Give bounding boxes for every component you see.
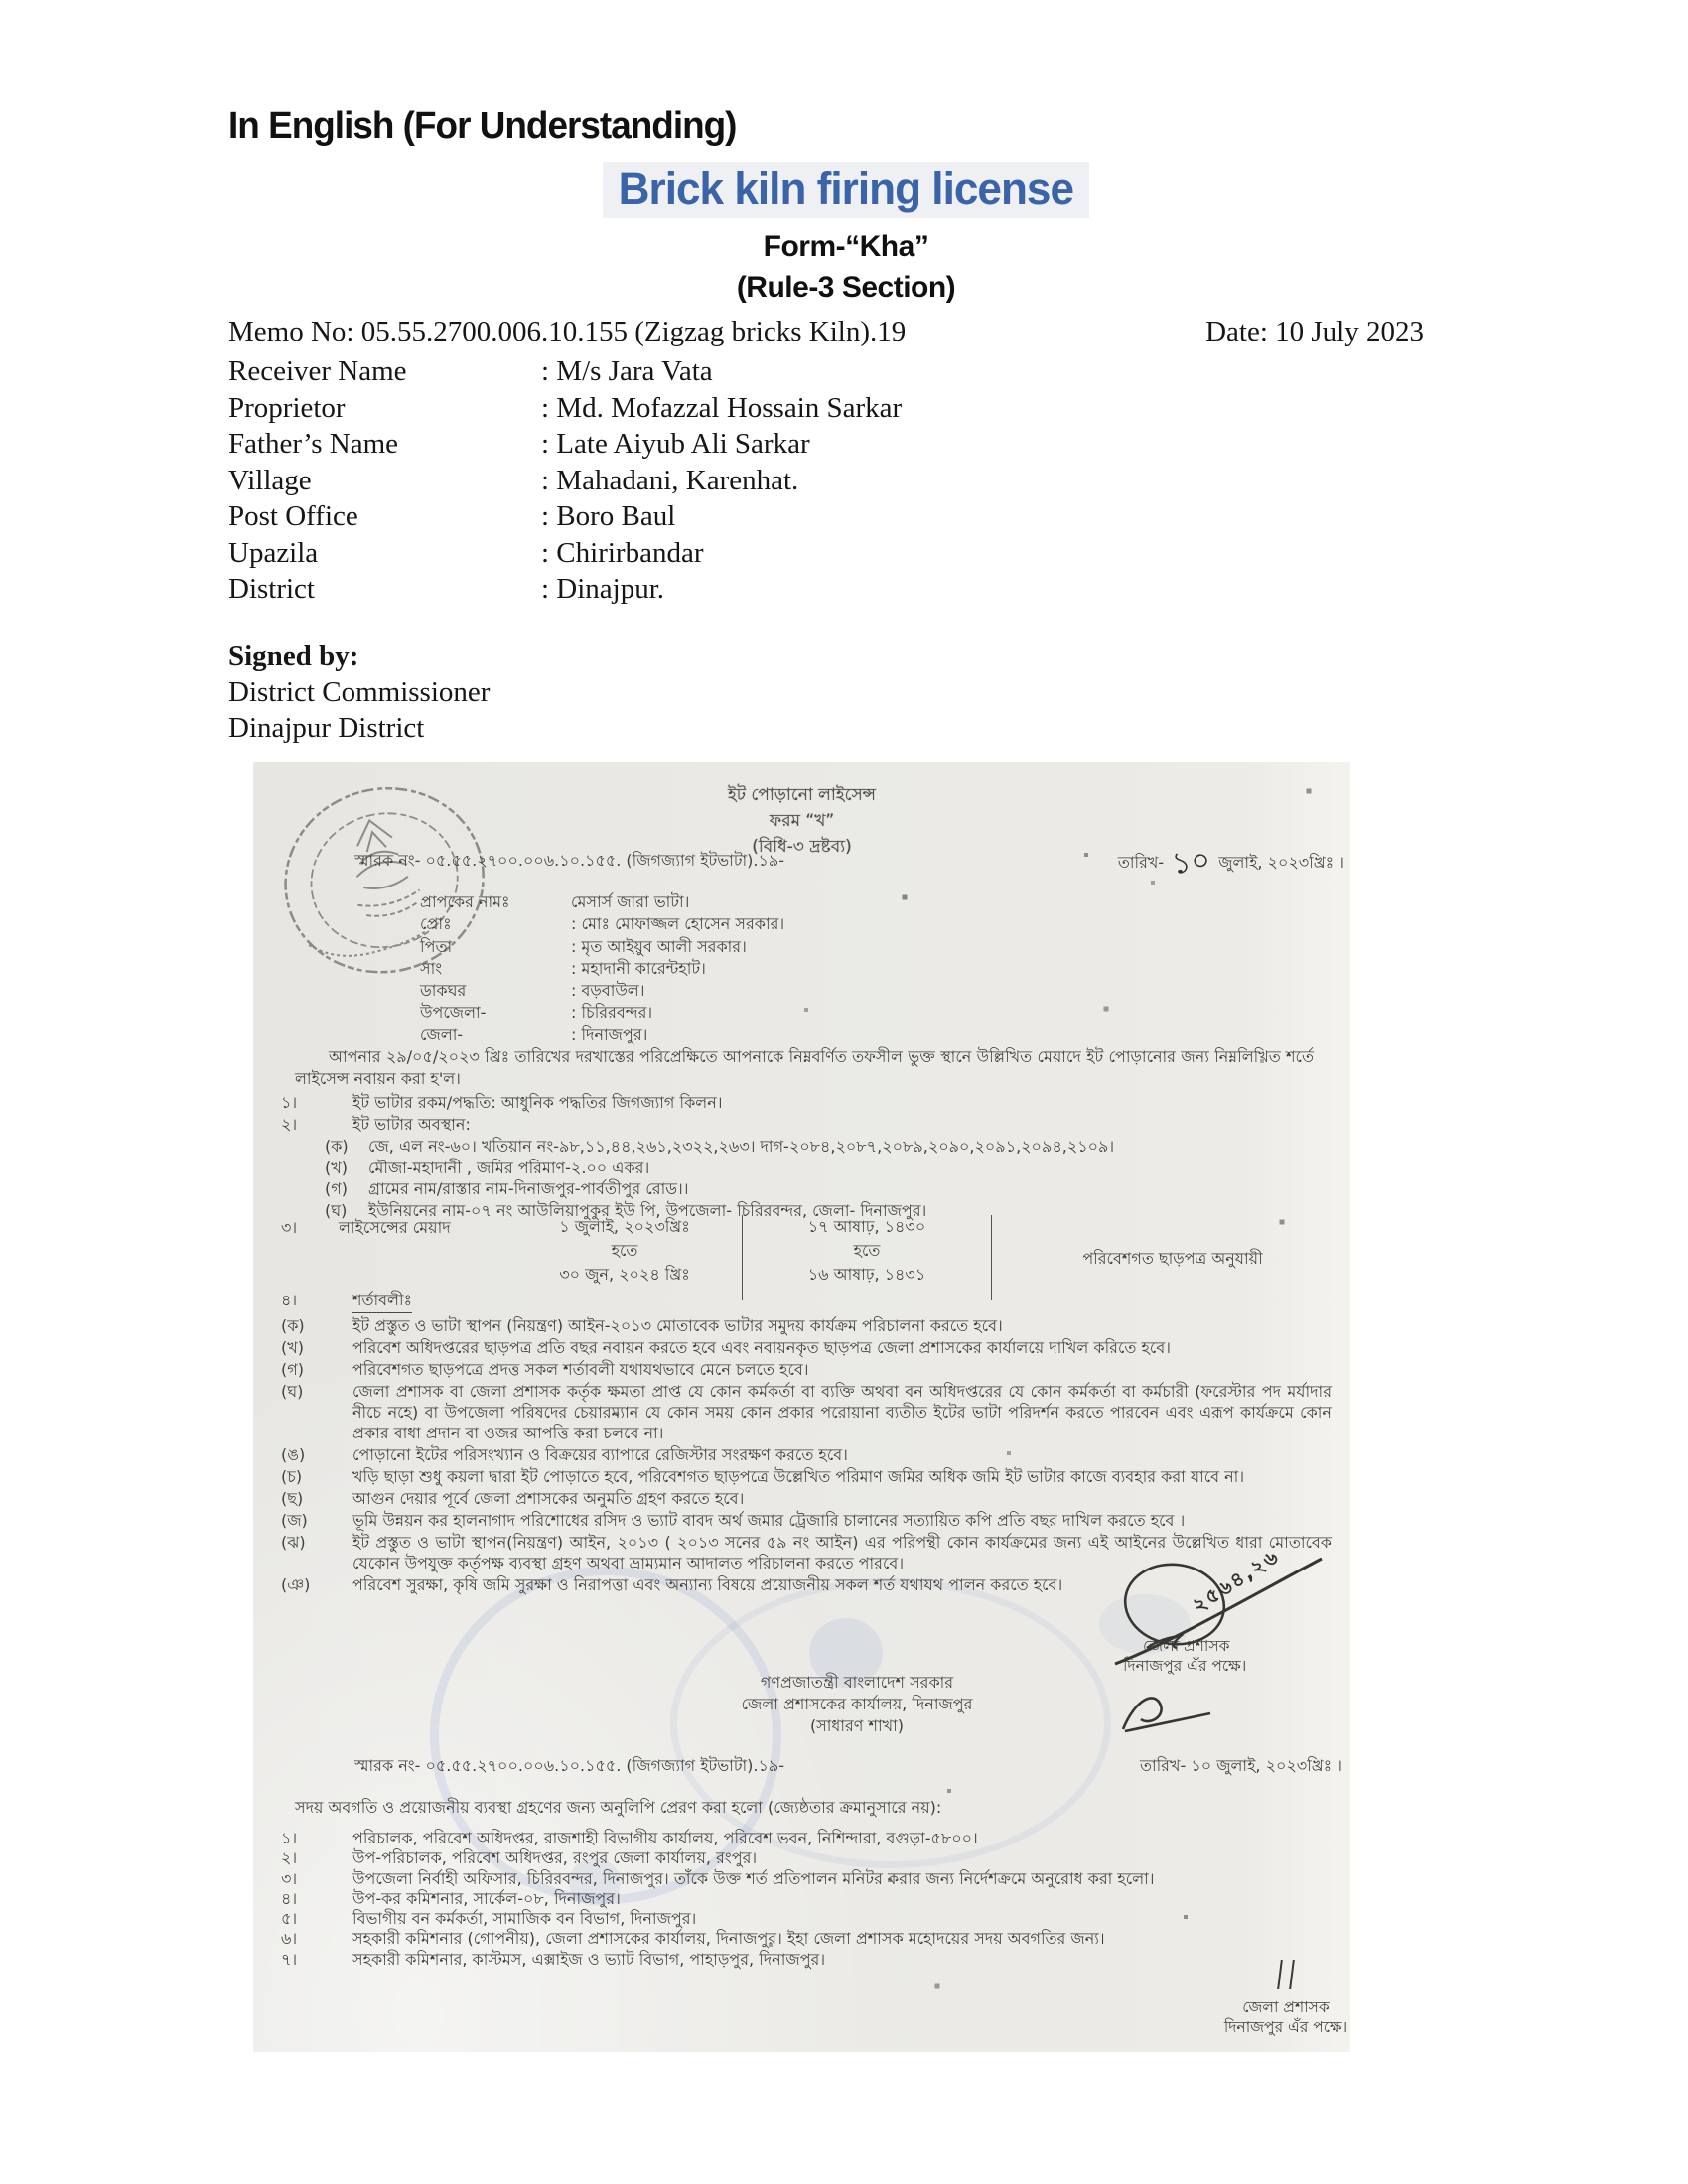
term-number: (জ): [281, 1510, 352, 1531]
term-number: (চ): [281, 1466, 352, 1487]
terms-heading: শর্তাবলীঃ: [352, 1289, 412, 1313]
recipient-row: প্রোঃ : মোঃ মোফাজ্জল হোসেন সরকার।: [420, 913, 1055, 935]
cc-text: উপজেলা নির্বাহী অফিসার, চিরিরবন্দর, দিনা…: [352, 1869, 1155, 1889]
item-text: ইট ভাটার অবস্থান:: [352, 1114, 471, 1136]
cc-row: ৭। সহকারী কমিশনার, কাস্টমস, এক্সাইজ ও ভ্…: [281, 1950, 1336, 1970]
cc-list: ১। পরিচালক, পরিবেশ অধিদপ্তর, রাজশাহী বিভ…: [281, 1829, 1336, 1970]
field-row: Receiver Name : M/s Jara Vata: [228, 353, 1464, 390]
field-row: Post Office : Boro Baul: [228, 498, 1464, 535]
term-row: (ঙ) পোড়ানো ইটের পরিসংখ্যান ও বিক্রয়ের …: [281, 1444, 1332, 1465]
field-value: : Chirirbandar: [541, 535, 1464, 572]
field-label: District: [228, 571, 541, 608]
form-line: Form-“Kha”: [228, 230, 1464, 264]
bottom-signature-block: জেলা প্রশাসকদিনাজপুর এঁর পক্ষে।: [1198, 1960, 1373, 2037]
terms-heading-row: ৪। শর্তাবলীঃ: [281, 1289, 1332, 1313]
title-row: Brick kiln firing license: [228, 162, 1464, 218]
cc-row: ৩। উপজেলা নির্বাহী অফিসার, চিরিরবন্দর, দ…: [281, 1869, 1336, 1889]
term-number: (ক): [281, 1315, 352, 1336]
right-signature-block: ২৫৬৪,২৬ জেলা প্রশাসক দিনাজপুর এঁর পক্ষে।: [1109, 1553, 1349, 1781]
term-text: জেলা প্রশাসক বা জেলা প্রশাসক কর্তৃক ক্ষম…: [352, 1381, 1332, 1443]
field-row: District : Dinajpur.: [228, 571, 1464, 608]
recipient-block: প্রাপকের নামঃ মেসার্স জারা ভাটা। প্রোঃ :…: [420, 891, 1055, 1046]
fields-list: Receiver Name : M/s Jara Vata Proprietor…: [228, 353, 1464, 608]
validity-date-line: ১৬ আষাঢ়, ১৪৩১: [743, 1263, 991, 1287]
term-number: (ঞ): [281, 1574, 352, 1595]
cc-number: ২।: [281, 1848, 352, 1868]
scan-header-line: ফরম “খ”: [253, 808, 1350, 834]
recipient-label: পিতা: [420, 936, 571, 958]
page-title: Brick kiln firing license: [603, 162, 1089, 218]
english-summary-block: In English (For Understanding) Brick kil…: [228, 105, 1464, 746]
government-office-block: গণপ্রজাতন্ত্রী বাংলাদেশ সরকারজেলা প্রশাস…: [638, 1672, 1075, 1737]
cc-text: উপ-পরিচালক, পরিবেশ অধিদপ্তর, রংপুর জেলা …: [352, 1848, 757, 1868]
scan-date-rest: জুলাই, ২০২৩খ্রিঃ ।: [1218, 853, 1344, 872]
validity-date-line: হতে: [515, 1239, 734, 1263]
validity-date-line: ১৭ আষাঢ়, ১৪৩০: [743, 1215, 991, 1239]
scan-memo-number: স্মারক নং- ০৫.৫৫.২৭০০.০০৬.১০.১৫৫. (জিগজ্…: [354, 850, 784, 871]
recipient-value: মেসার্স জারা ভাটা।: [571, 891, 689, 913]
term-row: (গ) পরিবেশগত ছাড়পত্রে প্রদত্ত সকল শর্তা…: [281, 1359, 1332, 1380]
second-memo-number: স্মারক নং- ০৫.৫৫.২৭০০.০০৬.১০.১৫৫. (জিগজ্…: [354, 1755, 784, 1776]
recipient-label: জেলা-: [420, 1024, 571, 1046]
cc-row: ৫। বিভাগীয় বন কর্মকর্তা, সামাজিক বন বিভ…: [281, 1909, 1336, 1929]
recipient-label: উপজেলা-: [420, 1002, 571, 1024]
field-row: Village : Mahadani, Karenhat.: [228, 463, 1464, 499]
cc-number: ৫।: [281, 1909, 352, 1929]
location-item: (ক) জে, এল নং-৬০। খতিয়ান নং-৯৮,১১,৪৪,২৬…: [325, 1136, 1330, 1158]
recipient-row: উপজেলা- : চিরিরবন্দর।: [420, 1002, 1055, 1024]
field-row: Upazila : Chirirbandar: [228, 535, 1464, 572]
cc-intro-line: সদয় অবগতি ও প্রয়োজনীয় ব্যবস্থা গ্রহণে…: [295, 1797, 1336, 1819]
cc-number: ১।: [281, 1829, 352, 1848]
recipient-value: : মহাদানী কারেন্টহাট।: [571, 958, 706, 980]
field-label: Village: [228, 463, 541, 499]
validity-date-line: হতে: [743, 1239, 991, 1263]
cc-text: সহকারী কমিশনার (গোপনীয়), জেলা প্রশাসকের…: [352, 1929, 1105, 1949]
field-label: Post Office: [228, 498, 541, 535]
second-memo-row: স্মারক নং- ০৫.৫৫.২৭০০.০০৬.১০.১৫৫. (জিগজ্…: [354, 1755, 1342, 1776]
signer-line: Dinajpur District: [228, 710, 1464, 746]
signer-lines: District Commissioner Dinajpur District: [228, 674, 1464, 746]
recipient-value: : মোঃ মোফাজ্জল হোসেন সরকার।: [571, 913, 784, 935]
term-text: খড়ি ছাড়া শুধু কয়লা দ্বারা ইট পোড়াতে …: [352, 1466, 1332, 1487]
location-item: (গ) গ্রামের নাম/রাস্তার নাম-দিনাজপুর-পার…: [325, 1178, 1330, 1200]
government-line: গণপ্রজাতন্ত্রী বাংলাদেশ সরকার: [638, 1672, 1075, 1694]
recipient-value: : মৃত আইয়ুব আলী সরকার।: [571, 936, 747, 958]
scan-header-line: ইট পোড়ানো লাইসেন্স: [253, 782, 1350, 808]
validity-date-line: ১ জুলাই, ২০২৩খ্রিঃ: [515, 1215, 734, 1239]
term-text: পরিবেশগত ছাড়পত্রে প্রদত্ত সকল শর্তাবলী …: [352, 1359, 1332, 1380]
recipient-value: : চিরিরবন্দর।: [571, 1002, 652, 1024]
scan-noise-specks: [253, 762, 255, 764]
bottom-signature-lines: জেলা প্রশাসকদিনাজপুর এঁর পক্ষে।: [1198, 1997, 1373, 2037]
numbered-items: ১। ইট ভাটার রকম/পদ্ধতি: আধুনিক পদ্ধতির জ…: [281, 1092, 1324, 1135]
term-text: আগুন দেয়ার পূর্বে জেলা প্রশাসকের অনুমতি…: [352, 1488, 1332, 1509]
term-number: (ঝ): [281, 1532, 352, 1573]
term-row: (ছ) আগুন দেয়ার পূর্বে জেলা প্রশাসকের অন…: [281, 1488, 1332, 1509]
term-row: (খ) পরিবেশ অধিদপ্তরের ছাড়পত্র প্রতি বছর…: [281, 1337, 1332, 1358]
second-date-line: তারিখ- ১০ জুলাই, ২০২৩খ্রিঃ ।: [1140, 1755, 1342, 1776]
cc-text: বিভাগীয় বন কর্মকর্তা, সামাজিক বন বিভাগ,…: [352, 1909, 696, 1929]
field-value: : Md. Mofazzal Hossain Sarkar: [541, 390, 1464, 427]
cc-text: সহকারী কমিশনার, কাস্টমস, এক্সাইজ ও ভ্যাট…: [352, 1950, 825, 1970]
field-row: Proprietor : Md. Mofazzal Hossain Sarkar: [228, 390, 1464, 427]
bottom-signature-line: দিনাজপুর এঁর পক্ষে।: [1198, 2017, 1373, 2037]
section-heading: In English (For Understanding): [228, 105, 1427, 148]
signatory-title: জেলা প্রশাসক: [1143, 1636, 1229, 1657]
scanned-license-document: ইট পোড়ানো লাইসেন্স ফরম “খ” (বিধি-৩ দ্রষ…: [253, 762, 1350, 2052]
signature-strokes-icon: [1277, 1960, 1295, 1989]
cc-text: পরিচালক, পরিবেশ অধিদপ্তর, রাজশাহী বিভাগী…: [352, 1829, 978, 1848]
sub-item-number: (ক): [325, 1136, 368, 1158]
signature-flourish-icon: [1115, 1680, 1234, 1739]
cc-distribution-block: সদয় অবগতি ও প্রয়োজনীয় ব্যবস্থা গ্রহণে…: [281, 1797, 1336, 1970]
terms-number: ৪।: [281, 1289, 352, 1313]
field-label: Receiver Name: [228, 353, 541, 390]
term-number: (গ): [281, 1359, 352, 1380]
recipient-label: প্রোঃ: [420, 913, 571, 935]
signatory-for-line: দিনাজপুর এঁর পক্ষে।: [1123, 1656, 1246, 1677]
recipient-label: সাং: [420, 958, 571, 980]
term-number: (খ): [281, 1337, 352, 1358]
field-value: : Late Aiyub Ali Sarkar: [541, 426, 1464, 463]
cc-number: ৭।: [281, 1950, 352, 1970]
government-line: (সাধারণ শাখা): [638, 1715, 1075, 1737]
field-label: Father’s Name: [228, 426, 541, 463]
rule-line: (Rule-3 Section): [228, 271, 1464, 305]
field-value: : Boro Baul: [541, 498, 1464, 535]
term-number: (ঙ): [281, 1444, 352, 1465]
cc-number: ৪।: [281, 1889, 352, 1909]
term-number: (ঘ): [281, 1381, 352, 1443]
term-text: ইট প্রস্তুত ও ভাটা স্থাপন (নিয়ন্ত্রণ) আ…: [352, 1315, 1332, 1336]
cc-number: ৩।: [281, 1869, 352, 1889]
sub-item-number: (গ): [325, 1178, 368, 1200]
recipient-row: পিতা : মৃত আইয়ুব আলী সরকার।: [420, 936, 1055, 958]
term-text: পরিবেশ অধিদপ্তরের ছাড়পত্র প্রতি বছর নবা…: [352, 1337, 1332, 1358]
handwritten-date-number: ১০: [1171, 848, 1212, 879]
term-text: ভূমি উন্নয়ন কর হালনাগাদ পরিশোধের রসিদ ও…: [352, 1510, 1332, 1531]
term-row: (জ) ভূমি উন্নয়ন কর হালনাগাদ পরিশোধের রস…: [281, 1510, 1332, 1531]
sub-item-text: গ্রামের নাম/রাস্তার নাম-দিনাজপুর-পার্বতী…: [368, 1178, 688, 1200]
scan-memo-row: স্মারক নং- ০৫.৫৫.২৭০০.০০৬.১০.১৫৫. (জিগজ্…: [354, 850, 1344, 876]
numbered-item: ২। ইট ভাটার অবস্থান:: [281, 1114, 1324, 1136]
cc-row: ২। উপ-পরিচালক, পরিবেশ অধিদপ্তর, রংপুর জে…: [281, 1848, 1336, 1868]
term-row: (ক) ইট প্রস্তুত ও ভাটা স্থাপন (নিয়ন্ত্র…: [281, 1315, 1332, 1336]
scan-date-line: তারিখ-১০জুলাই, ২০২৩খ্রিঃ ।: [1118, 850, 1344, 876]
recipient-label: ডাকঘর: [420, 980, 571, 1002]
field-value: : Mahadani, Karenhat.: [541, 463, 1464, 499]
cc-row: ৬। সহকারী কমিশনার (গোপনীয়), জেলা প্রশাস…: [281, 1929, 1336, 1949]
signed-by-block: Signed by: District Commissioner Dinajpu…: [228, 638, 1464, 746]
cc-row: ৪। উপ-কর কমিশনার, সার্কেল-০৮, দিনাজপুর।: [281, 1889, 1336, 1909]
term-number: (ছ): [281, 1488, 352, 1509]
recipient-row: জেলা- : দিনাজপুর।: [420, 1024, 1055, 1046]
field-value: : Dinajpur.: [541, 571, 1464, 608]
sub-item-number: (খ): [325, 1158, 368, 1179]
cc-text: উপ-কর কমিশনার, সার্কেল-০৮, দিনাজপুর।: [352, 1889, 621, 1909]
recipient-row: সাং : মহাদানী কারেন্টহাট।: [420, 958, 1055, 980]
location-item: (খ) মৌজা-মহাদানী , জমির পরিমাণ-২.০০ একর।: [325, 1158, 1330, 1179]
field-row: Father’s Name : Late Aiyub Ali Sarkar: [228, 426, 1464, 463]
sub-item-text: জে, এল নং-৬০। খতিয়ান নং-৯৮,১১,৪৪,২৬১,২৩…: [368, 1136, 1114, 1158]
field-label: Proprietor: [228, 390, 541, 427]
signed-by-heading: Signed by:: [228, 638, 1464, 674]
term-row: (ঘ) জেলা প্রশাসক বা জেলা প্রশাসক কর্তৃক …: [281, 1381, 1332, 1443]
memo-number: Memo No: 05.55.2700.006.10.155 (Zigzag b…: [228, 316, 906, 348]
terms-block: ৪। শর্তাবলীঃ (ক) ইট প্রস্তুত ও ভাটা স্থা…: [281, 1289, 1332, 1596]
memo-row: Memo No: 05.55.2700.006.10.155 (Zigzag b…: [228, 316, 1464, 348]
field-label: Upazila: [228, 535, 541, 572]
recipient-row: ডাকঘর : বড়বাউল।: [420, 980, 1055, 1002]
cc-row: ১। পরিচালক, পরিবেশ অধিদপ্তর, রাজশাহী বিভ…: [281, 1829, 1336, 1848]
item-text: ইট ভাটার রকম/পদ্ধতি: আধুনিক পদ্ধতির জিগজ…: [352, 1092, 722, 1114]
recipient-value: : দিনাজপুর।: [571, 1024, 647, 1046]
term-row: (চ) খড়ি ছাড়া শুধু কয়লা দ্বারা ইট পোড়…: [281, 1466, 1332, 1487]
cc-number: ৬।: [281, 1929, 352, 1949]
government-line: জেলা প্রশাসকের কার্যালয়, দিনাজপুর: [638, 1694, 1075, 1715]
intro-paragraph: আপনার ২৯/০৫/২০২৩ খ্রিঃ তারিখের দরখাস্তের…: [295, 1046, 1314, 1090]
term-text: পোড়ানো ইটের পরিসংখ্যান ও বিক্রয়ের ব্যা…: [352, 1444, 1332, 1465]
recipient-label: প্রাপকের নামঃ: [420, 891, 571, 913]
item-number: ২।: [281, 1114, 352, 1136]
bottom-signature-line: জেলা প্রশাসক: [1198, 1997, 1373, 2017]
field-value: : M/s Jara Vata: [541, 353, 1464, 390]
signer-line: District Commissioner: [228, 674, 1464, 710]
recipient-value: : বড়বাউল।: [571, 980, 644, 1002]
date-line: Date: 10 July 2023: [1205, 316, 1424, 348]
numbered-item: ১। ইট ভাটার রকম/পদ্ধতি: আধুনিক পদ্ধতির জ…: [281, 1092, 1324, 1114]
location-sub-items: (ক) জে, এল নং-৬০। খতিয়ান নং-৯৮,১১,৪৪,২৬…: [325, 1136, 1330, 1221]
sub-item-text: মৌজা-মহাদানী , জমির পরিমাণ-২.০০ একর।: [368, 1158, 649, 1179]
validity-date-line: ৩০ জুন, ২০২৪ খ্রিঃ: [515, 1263, 734, 1287]
scan-date-prefix: তারিখ-: [1118, 853, 1164, 872]
recipient-row: প্রাপকের নামঃ মেসার্স জারা ভাটা।: [420, 891, 1055, 913]
item-number: ১।: [281, 1092, 352, 1114]
